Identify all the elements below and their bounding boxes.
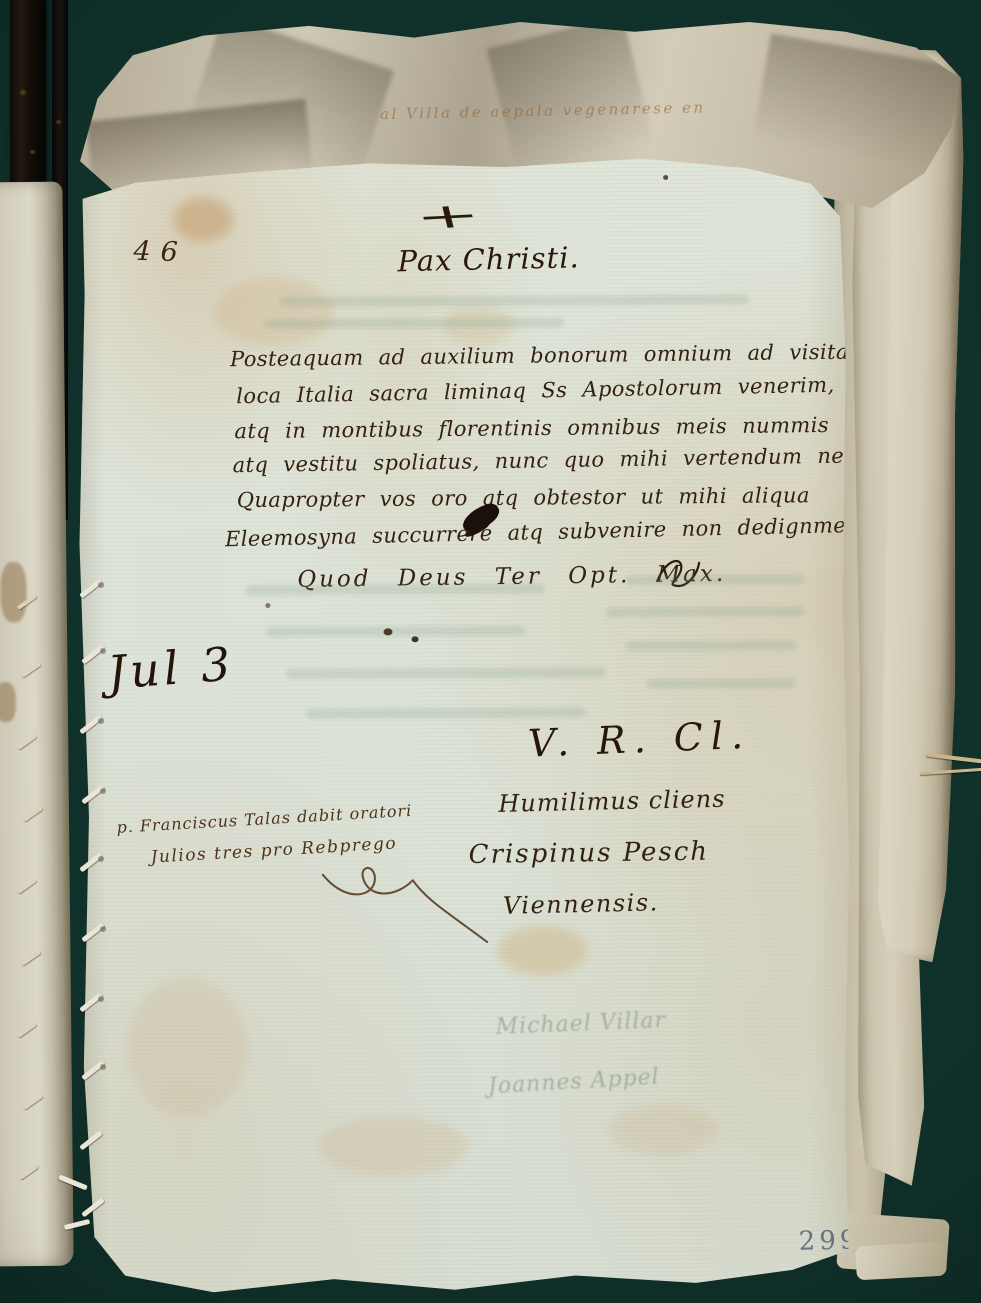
showthrough-line	[286, 667, 606, 679]
showthrough-line	[265, 626, 525, 637]
closing-humility-line: Humilimus cliens	[498, 785, 726, 818]
stitch-hole	[100, 648, 106, 654]
showthrough-line	[245, 584, 545, 596]
showthrough-line	[605, 606, 805, 617]
margin-note-flourish	[317, 856, 497, 947]
body-line: Posteaquam ad auxilium bonorum omnium ad…	[230, 339, 911, 371]
stitch-hole	[100, 926, 106, 932]
foxing-stain	[608, 1105, 718, 1156]
stitch-hole	[98, 582, 104, 588]
manuscript-photo: al Villa de aepala vegenarese en 46 + Pa…	[0, 0, 981, 1303]
body-line: atq in montibus florentinis omnibus meis…	[234, 413, 829, 443]
spine-fleck	[20, 90, 26, 95]
spine-fleck	[56, 120, 61, 124]
showthrough-name: Michael Villar	[495, 1008, 666, 1040]
cross-mark-icon: +	[410, 195, 485, 238]
foxing-stain	[318, 1116, 468, 1177]
showthrough-line	[306, 707, 586, 718]
folio-number: 46	[133, 236, 188, 269]
body-line: Eleemosyna succurrere atq subvenire non …	[225, 513, 867, 552]
foxing-stain	[127, 977, 248, 1118]
stitch-hole	[100, 1064, 106, 1070]
ink-speck	[663, 175, 668, 180]
stitch-hole	[100, 788, 106, 794]
verso-writing-trace	[0, 682, 16, 722]
body-line: loca Italia sacra liminaq Ss Apostolorum…	[236, 373, 835, 408]
verso-writing-trace	[0, 562, 27, 622]
foxing-stain	[173, 197, 233, 241]
showthrough-line	[646, 678, 796, 689]
body-line: atq vestitu spoliatus, nunc quo mihi ver…	[232, 443, 887, 477]
showthrough-line	[264, 317, 564, 329]
letter-heading: Pax Christi.	[397, 240, 580, 278]
signature-place: Viennensis.	[503, 888, 659, 920]
body-line: Quapropter vos oro atq obtestor ut mihi …	[237, 483, 810, 512]
signature-monogram: V. R. Cl.	[527, 713, 752, 766]
showthrough-name: Joannes Appel	[487, 1065, 660, 1100]
stitch-hole	[98, 718, 104, 724]
foxing-stain	[497, 925, 587, 975]
paper-crease	[486, 15, 653, 175]
showthrough-line	[625, 574, 805, 585]
ink-speck	[412, 636, 419, 642]
stitch-hole	[98, 856, 104, 862]
foxing-stain	[214, 277, 334, 348]
facing-page-edge	[0, 182, 74, 1267]
corner-page-flap	[855, 1242, 947, 1281]
stitch-hole	[98, 996, 104, 1002]
signature-name: Crispinus Pesch	[468, 837, 709, 870]
manuscript-page: 46 + Pax Christi. Posteaquam ad auxilium…	[63, 154, 873, 1294]
margin-date: Jul 3	[106, 636, 236, 699]
spine-fleck	[30, 150, 35, 154]
ink-speck	[265, 603, 270, 608]
margin-note-line: p. Franciscus Talas dabit oratori	[116, 801, 413, 837]
showthrough-line	[626, 640, 796, 651]
showthrough-line	[279, 295, 749, 307]
